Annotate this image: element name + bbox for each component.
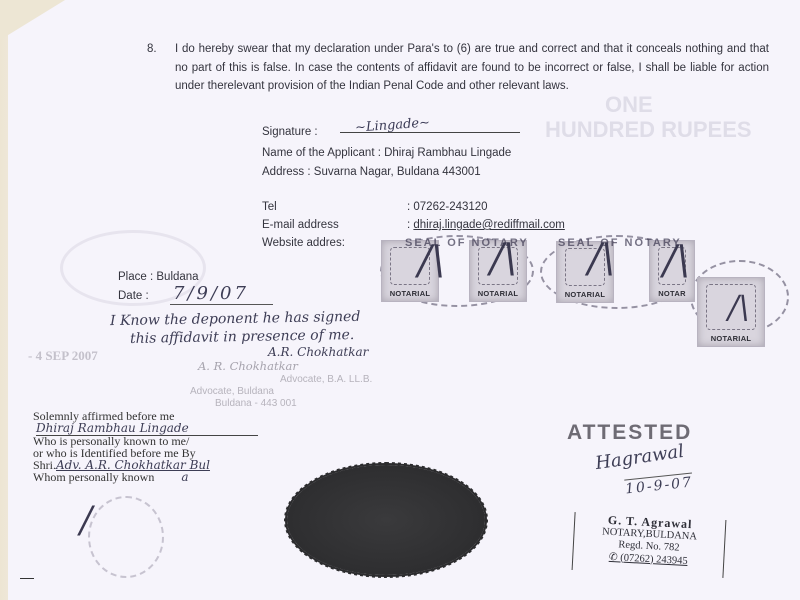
- stamp-cancel-mark-3: /\: [588, 236, 615, 282]
- faded-advocate-line1: Advocate, B.A. LL.B.: [280, 374, 372, 385]
- stamp-cancel-mark-5: /\: [728, 288, 750, 326]
- date-handwritten: 7/9/07: [170, 283, 273, 305]
- applicant-name-label: Name of the Applicant :: [262, 147, 381, 159]
- watermark-line2: HUNDRED RUPEES: [545, 117, 752, 143]
- initials-handwritten: a: [181, 470, 188, 484]
- place-row: Place : Buldana: [118, 271, 199, 283]
- email-label: E-mail address: [262, 219, 339, 231]
- place-label: Place :: [118, 271, 153, 283]
- clause-number: 8.: [147, 40, 157, 59]
- applicant-address-row: Address : Suvarna Nagar, Buldana 443001: [262, 166, 481, 178]
- faded-advocate-line2: Advocate, Buldana: [190, 386, 274, 397]
- stamp-cancel-mark-1: /\: [418, 238, 445, 284]
- faded-advocate-line3: Buldana - 443 001: [215, 398, 297, 409]
- address-label: Address :: [262, 166, 311, 178]
- embossed-seal: [287, 465, 485, 575]
- faint-seal-signature: /: [80, 500, 92, 541]
- declaration-clause: 8. I do hereby swear that my declaration…: [147, 40, 769, 96]
- applicant-name: Dhiraj Rambhau Lingade: [384, 147, 511, 159]
- faded-advocate-name: A. R. Chokhatkar: [198, 359, 298, 373]
- clause-text: I do hereby swear that my declaration un…: [175, 40, 769, 96]
- place-value: Buldana: [156, 271, 198, 283]
- signature-label: Signature :: [262, 126, 318, 138]
- date-label: Date :: [118, 290, 149, 302]
- notary-stamp: G. T. Agrawal NOTARY,BULDANA Regd. No. 7…: [572, 512, 727, 578]
- email-row: : dhiraj.lingade@rediffmail.com: [407, 219, 565, 231]
- website-label: Website addres:: [262, 237, 345, 249]
- email-link[interactable]: dhiraj.lingade@rediffmail.com: [413, 219, 564, 231]
- address-value: Suvarna Nagar, Buldana 443001: [314, 166, 481, 178]
- faint-seal: [88, 496, 164, 578]
- stamp-cancel-mark-4: /\: [663, 238, 690, 284]
- faded-date-stamp: - 4 SEP 2007: [28, 348, 98, 364]
- tel-value: : 07262-243120: [407, 201, 488, 213]
- watermark-line1: ONE: [605, 92, 653, 118]
- affirm-line6: Whom personally known a: [33, 470, 188, 485]
- witness-signature: A.R. Chokhatkar: [268, 345, 368, 359]
- margin-mark: [20, 578, 34, 579]
- stamp-cancel-mark-2: /\: [490, 236, 517, 282]
- applicant-name-row: Name of the Applicant : Dhiraj Rambhau L…: [262, 147, 511, 159]
- tel-label: Tel: [262, 201, 277, 213]
- paper-corner: [0, 0, 65, 40]
